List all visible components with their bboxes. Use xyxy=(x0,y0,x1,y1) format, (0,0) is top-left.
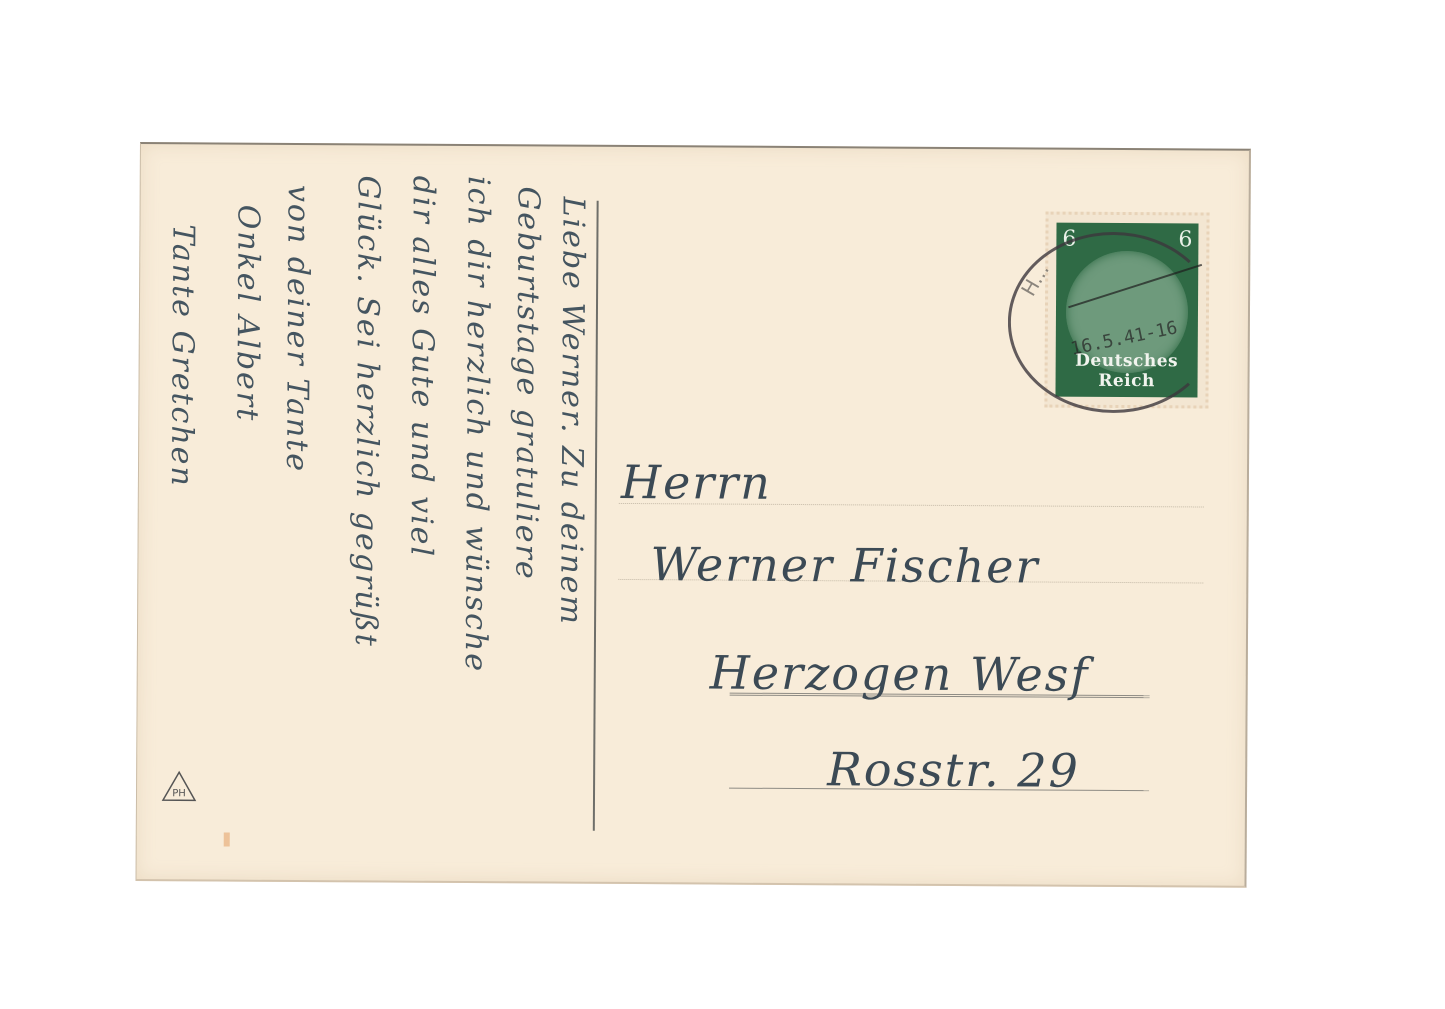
postmark-circle xyxy=(1007,231,1219,413)
address-street: Rosstr. 29 xyxy=(827,742,1080,798)
message-line: Onkel Albert xyxy=(229,205,265,423)
address-city: Herzogen Wesf xyxy=(710,645,1090,701)
stamp-value: 6 xyxy=(1178,227,1192,252)
svg-text:PH: PH xyxy=(172,788,186,799)
publisher-logo-icon: PH xyxy=(161,770,197,802)
address-salutation: Herrn xyxy=(621,455,772,510)
divider-line xyxy=(593,201,598,831)
message-line: dir alles Gute und viel xyxy=(403,176,440,559)
address-name: Werner Fischer xyxy=(650,537,1039,593)
stain xyxy=(224,833,230,847)
postcard: Liebe Werner. Zu deinem Geburtstage grat… xyxy=(135,142,1250,888)
message-line: ich dir herzlich und wünsche xyxy=(458,176,496,673)
message-line: Tante Gretchen xyxy=(164,224,201,488)
message-line: Glück. Sei herzlich gegrüßt xyxy=(348,175,386,648)
message-line: Geburtstage gratuliere xyxy=(508,186,545,581)
message-area: Liebe Werner. Zu deinem Geburtstage grat… xyxy=(141,144,1249,151)
message-line: Liebe Werner. Zu deinem xyxy=(553,197,591,626)
message-line: von deiner Tante xyxy=(279,185,316,473)
